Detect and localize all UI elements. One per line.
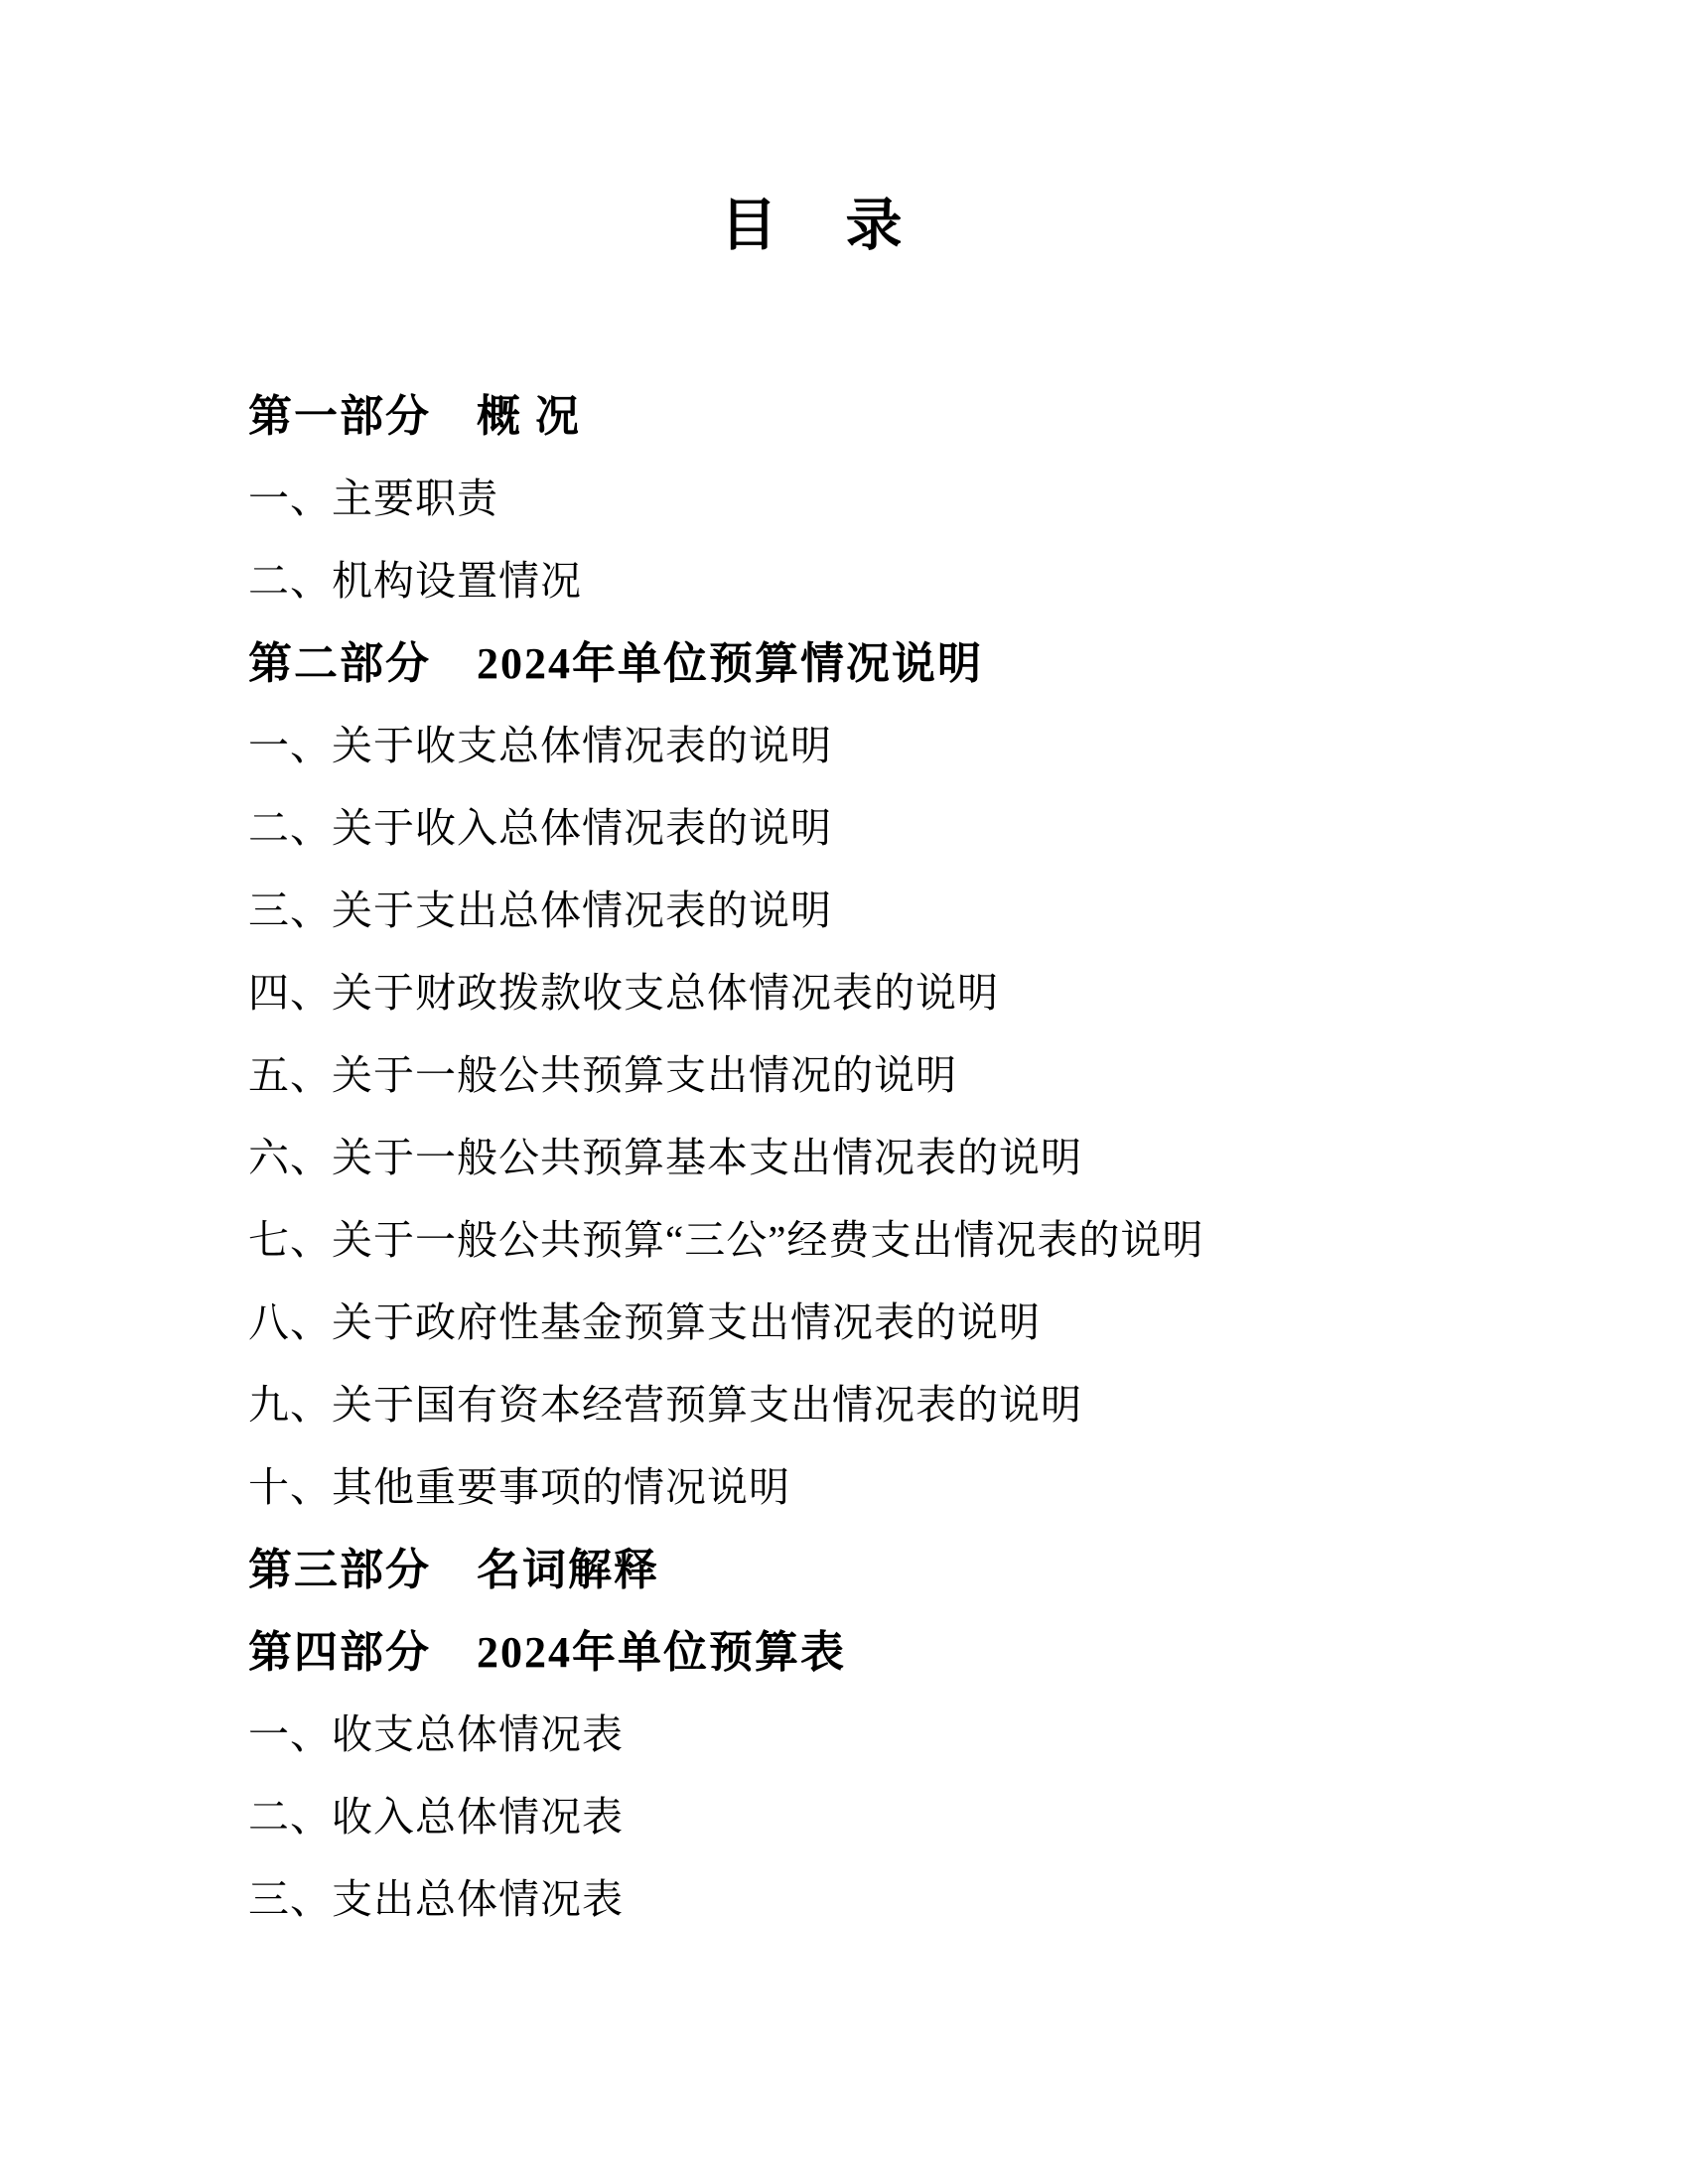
toc-item: 六、关于一般公共预算基本支出情况表的说明	[248, 1117, 1569, 1199]
toc-part-heading: 第一部分 概 况	[248, 375, 1569, 458]
toc-item: 一、关于收支总体情况表的说明	[248, 705, 1569, 787]
toc-item: 二、关于收入总体情况表的说明	[248, 787, 1569, 870]
toc-item: 三、关于支出总体情况表的说明	[248, 870, 1569, 952]
toc-part-heading: 第二部分 2024年单位预算情况说明	[248, 622, 1569, 705]
toc-item: 八、关于政府性基金预算支出情况表的说明	[248, 1282, 1569, 1364]
toc-item: 五、关于一般公共预算支出情况的说明	[248, 1034, 1569, 1117]
toc-item: 二、收入总体情况表	[248, 1776, 1569, 1858]
toc-item: 九、关于国有资本经营预算支出情况表的说明	[248, 1364, 1569, 1446]
toc-item: 三、支出总体情况表	[248, 1858, 1569, 1941]
toc-item: 一、主要职责	[248, 458, 1569, 540]
toc-item: 一、收支总体情况表	[248, 1694, 1569, 1776]
toc-item: 十、其他重要事项的情况说明	[248, 1446, 1569, 1529]
toc-part-heading: 第三部分 名词解释	[248, 1529, 1569, 1611]
toc-item: 四、关于财政拨款收支总体情况表的说明	[248, 952, 1569, 1034]
toc-part-heading: 第四部分 2024年单位预算表	[248, 1611, 1569, 1694]
table-of-contents: 第一部分 概 况 一、主要职责 二、机构设置情况 第二部分 2024年单位预算情…	[248, 375, 1569, 1941]
document-page: 目 录 第一部分 概 况 一、主要职责 二、机构设置情况 第二部分 2024年单…	[0, 0, 1688, 2184]
page-title: 目 录	[0, 197, 1688, 256]
toc-item: 二、机构设置情况	[248, 540, 1569, 622]
toc-item: 七、关于一般公共预算“三公”经费支出情况表的说明	[248, 1199, 1569, 1282]
